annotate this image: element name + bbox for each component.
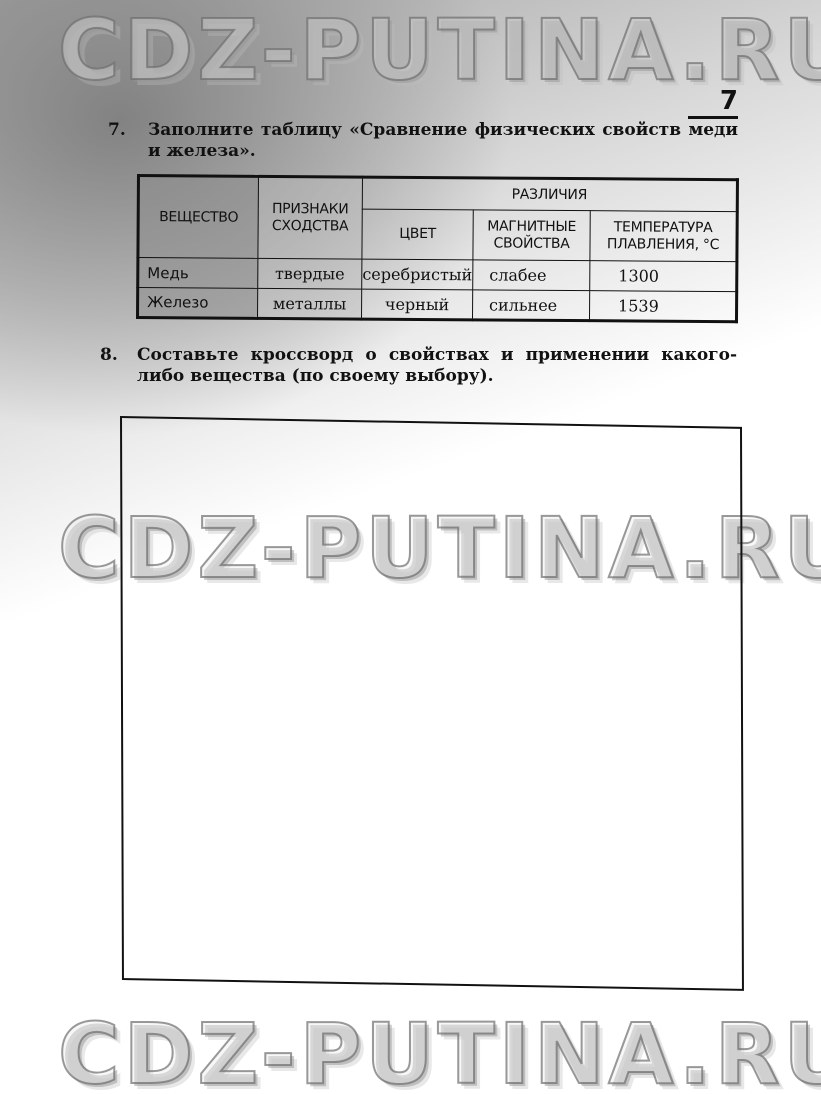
watermark-top: CDZ-PUTINA.RU	[58, 8, 821, 92]
cell-melting: 1539	[589, 291, 736, 322]
comparison-table-container: ВЕЩЕСТВО ПРИЗНАКИ СХОДСТВА РАЗЛИЧИЯ ЦВЕТ…	[136, 174, 739, 323]
header-similarity: ПРИЗНАКИ СХОДСТВА	[258, 176, 363, 259]
cell-similarity: твердые	[258, 258, 362, 289]
cell-substance: Медь	[138, 258, 258, 289]
comparison-table: ВЕЩЕСТВО ПРИЗНАКИ СХОДСТВА РАЗЛИЧИЯ ЦВЕТ…	[136, 174, 739, 323]
cell-color: серебристый	[362, 259, 473, 290]
header-color: ЦВЕТ	[362, 209, 473, 260]
header-substance: ВЕЩЕСТВО	[138, 176, 259, 259]
table-row: Железо металлы черный сильнее 1539	[137, 288, 736, 322]
cell-similarity: металлы	[257, 288, 361, 319]
task-8-text: Составьте кроссворд о свойствах и примен…	[137, 345, 737, 387]
cell-melting: 1300	[590, 261, 737, 292]
cell-magnetic: сильнее	[472, 290, 589, 321]
header-magnetic: МАГНИТНЫЕ СВОЙСТВА	[473, 210, 590, 261]
task-7-number: 7.	[108, 120, 126, 141]
page-number: 7	[688, 86, 738, 119]
header-differences: РАЗЛИЧИЯ	[362, 177, 737, 212]
task-8-number: 8.	[100, 345, 118, 366]
cell-magnetic: слабее	[473, 260, 590, 291]
table-row: Медь твердые серебристый слабее 1300	[138, 258, 737, 292]
cell-color: черный	[361, 289, 472, 320]
cell-substance: Железо	[137, 288, 257, 319]
crossword-answer-area[interactable]	[120, 416, 744, 991]
watermark-bottom: CDZ-PUTINA.RU	[58, 1012, 821, 1094]
header-melting: ТЕМПЕРАТУРА ПЛАВЛЕНИЯ, °С	[590, 211, 737, 262]
task-7-text: Заполните таблицу «Сравнение физических …	[148, 120, 738, 162]
